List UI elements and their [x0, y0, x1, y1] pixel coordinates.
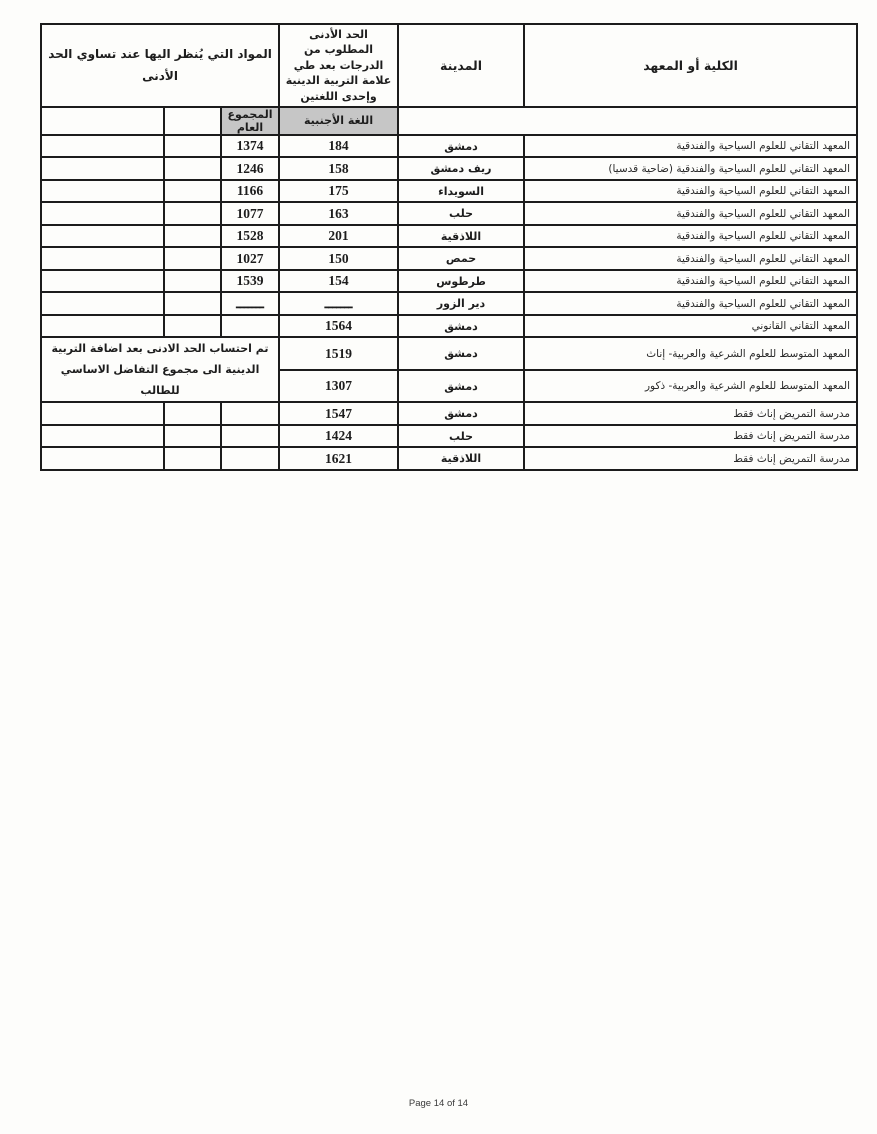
- city-cell: ريف دمشق: [398, 157, 524, 180]
- table-row: المعهد التقاني للعلوم السياحية والفندقية…: [41, 292, 857, 315]
- criteria-cell-1: [41, 180, 164, 203]
- general-total-cell: [221, 315, 279, 338]
- general-total-cell: 1539: [221, 270, 279, 293]
- foreign-language-cell: ـــــــ: [279, 292, 398, 315]
- criteria-cell-2: [164, 402, 221, 425]
- college-cell: المعهد التقاني للعلوم السياحية والفندقية: [524, 225, 857, 248]
- table-row: المعهد التقاني للعلوم السياحية والفندقية…: [41, 225, 857, 248]
- table-row: المعهد التقاني القانونيدمشق1564: [41, 315, 857, 338]
- criteria-cell-2: [164, 157, 221, 180]
- general-total-cell: ـــــــ: [221, 292, 279, 315]
- criteria-cell-2: [164, 135, 221, 158]
- criteria-cell-1: [41, 270, 164, 293]
- table-row: المعهد التقاني للعلوم السياحية والفندقية…: [41, 247, 857, 270]
- min-required-column-header: الحد الأدنى المطلوب من الدرجات بعد طي عل…: [279, 24, 398, 107]
- general-total-cell: [221, 402, 279, 425]
- foreign-language-cell: 158: [279, 157, 398, 180]
- city-column-header: المدينة: [398, 24, 524, 107]
- foreign-language-cell: 184: [279, 135, 398, 158]
- foreign-language-subheader: اللغة الأجنبية: [279, 107, 398, 135]
- criteria-cell-2: [164, 180, 221, 203]
- general-total-cell: 1166: [221, 180, 279, 203]
- criteria-cell-1: [41, 315, 164, 338]
- table-row: المعهد المتوسط للعلوم الشرعية والعربية- …: [41, 337, 857, 370]
- table-row: المعهد التقاني للعلوم السياحية والفندقية…: [41, 270, 857, 293]
- criteria-cell-1: [41, 425, 164, 448]
- college-cell: المعهد التقاني للعلوم السياحية والفندقية: [524, 180, 857, 203]
- foreign-language-cell: 1621: [279, 447, 398, 470]
- table-row: مدرسة التمريض إناث فقطدمشق1547: [41, 402, 857, 425]
- college-column-header: الكلية أو المعهد: [524, 24, 857, 107]
- subheader-empty-cell: [41, 107, 164, 135]
- general-total-cell: [221, 425, 279, 448]
- criteria-cell-1: [41, 247, 164, 270]
- foreign-language-cell: 201: [279, 225, 398, 248]
- criteria-cell-2: [164, 270, 221, 293]
- table-subheader-row: اللغة الأجنبية المجموع العام: [41, 107, 857, 135]
- table-row: المعهد التقاني للعلوم السياحية والفندقية…: [41, 180, 857, 203]
- criteria-cell-1: [41, 202, 164, 225]
- criteria-cell-1: [41, 135, 164, 158]
- general-total-cell: 1246: [221, 157, 279, 180]
- criteria-cell-2: [164, 225, 221, 248]
- table-row: مدرسة التمريض إناث فقطحلب1424: [41, 425, 857, 448]
- city-cell: دمشق: [398, 135, 524, 158]
- general-total-cell: 1027: [221, 247, 279, 270]
- college-cell: مدرسة التمريض إناث فقط: [524, 425, 857, 448]
- criteria-cell-2: [164, 247, 221, 270]
- college-cell: مدرسة التمريض إناث فقط: [524, 447, 857, 470]
- table-row: المعهد التقاني للعلوم السياحية والفندقية…: [41, 202, 857, 225]
- city-cell: اللاذقية: [398, 447, 524, 470]
- college-cell: المعهد التقاني للعلوم السياحية والفندقية: [524, 135, 857, 158]
- criteria-cell-2: [164, 447, 221, 470]
- foreign-language-cell: 154: [279, 270, 398, 293]
- city-cell: السويداء: [398, 180, 524, 203]
- criteria-cell-2: [164, 425, 221, 448]
- college-cell: المعهد التقاني للعلوم السياحية والفندقية: [524, 270, 857, 293]
- city-cell: دمشق: [398, 370, 524, 403]
- city-cell: دير الزور: [398, 292, 524, 315]
- city-cell: دمشق: [398, 402, 524, 425]
- city-cell: اللاذقية: [398, 225, 524, 248]
- city-cell: دمشق: [398, 315, 524, 338]
- foreign-language-cell: 1307: [279, 370, 398, 403]
- foreign-language-cell: 150: [279, 247, 398, 270]
- criteria-cell-1: [41, 447, 164, 470]
- tie-break-subjects-header: المواد التي يُنظر اليها عند تساوي الحد ا…: [41, 24, 279, 107]
- general-total-cell: 1077: [221, 202, 279, 225]
- city-cell: دمشق: [398, 337, 524, 370]
- general-total-cell: [221, 447, 279, 470]
- criteria-cell-2: [164, 292, 221, 315]
- admissions-table: الكلية أو المعهد المدينة الحد الأدنى الم…: [40, 23, 858, 471]
- general-total-subheader: المجموع العام: [221, 107, 279, 135]
- table-row: المعهد التقاني للعلوم السياحية والفندقية…: [41, 157, 857, 180]
- criteria-cell-1: [41, 292, 164, 315]
- subheader-empty-cell: [164, 107, 221, 135]
- college-cell: المعهد التقاني للعلوم السياحية والفندقية: [524, 247, 857, 270]
- criteria-cell-1: [41, 157, 164, 180]
- criteria-cell-1: [41, 402, 164, 425]
- page-number-footer: Page 14 of 14: [0, 1098, 877, 1109]
- college-cell: المعهد التقاني للعلوم السياحية والفندقية…: [524, 157, 857, 180]
- college-cell: المعهد المتوسط للعلوم الشرعية والعربية- …: [524, 337, 857, 370]
- city-cell: حلب: [398, 202, 524, 225]
- general-total-cell: 1374: [221, 135, 279, 158]
- criteria-cell-2: [164, 202, 221, 225]
- foreign-language-cell: 163: [279, 202, 398, 225]
- foreign-language-cell: 1424: [279, 425, 398, 448]
- college-cell: المعهد التقاني للعلوم السياحية والفندقية: [524, 292, 857, 315]
- college-cell: مدرسة التمريض إناث فقط: [524, 402, 857, 425]
- foreign-language-cell: 1564: [279, 315, 398, 338]
- note-cell: تم احتساب الحد الادنى بعد اضافة التربية …: [41, 337, 279, 402]
- general-total-cell: 1528: [221, 225, 279, 248]
- criteria-cell-2: [164, 315, 221, 338]
- table-body: المعهد التقاني للعلوم السياحية والفندقية…: [41, 135, 857, 470]
- table-row: المعهد التقاني للعلوم السياحية والفندقية…: [41, 135, 857, 158]
- college-cell: المعهد التقاني للعلوم السياحية والفندقية: [524, 202, 857, 225]
- college-cell: المعهد المتوسط للعلوم الشرعية والعربية- …: [524, 370, 857, 403]
- document-page: الكلية أو المعهد المدينة الحد الأدنى الم…: [0, 0, 877, 1134]
- college-cell: المعهد التقاني القانوني: [524, 315, 857, 338]
- city-cell: حلب: [398, 425, 524, 448]
- subheader-spacer-cell: [398, 107, 857, 135]
- criteria-cell-1: [41, 225, 164, 248]
- foreign-language-cell: 1519: [279, 337, 398, 370]
- foreign-language-cell: 175: [279, 180, 398, 203]
- table-header-row: الكلية أو المعهد المدينة الحد الأدنى الم…: [41, 24, 857, 107]
- foreign-language-cell: 1547: [279, 402, 398, 425]
- city-cell: طرطوس: [398, 270, 524, 293]
- table-row: مدرسة التمريض إناث فقطاللاذقية1621: [41, 447, 857, 470]
- city-cell: حمص: [398, 247, 524, 270]
